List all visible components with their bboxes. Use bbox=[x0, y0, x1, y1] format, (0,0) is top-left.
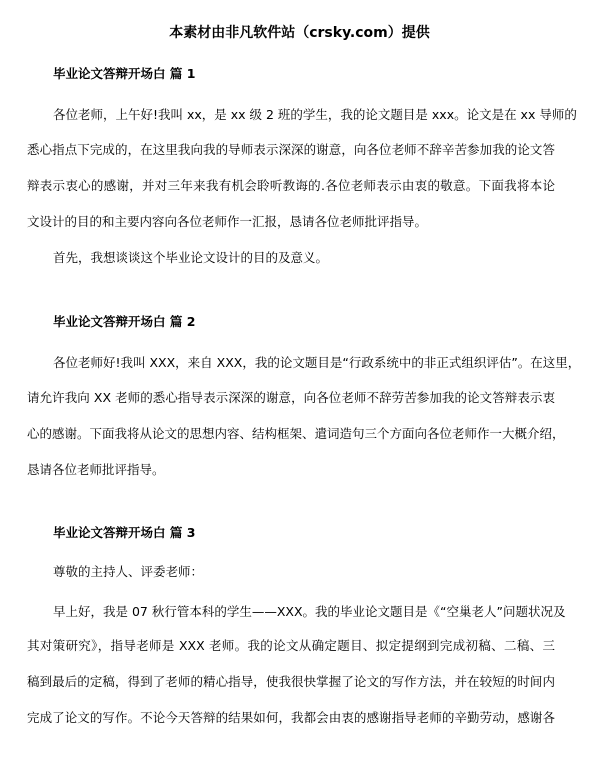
paragraph-line: 其对策研究》，指导老师是 XXX 老师。我的论文从确定题目、拟定提纲到完成初稿、… bbox=[27, 638, 555, 654]
paragraph-line: 首先，我想谈谈这个毕业论文设计的目的及意义。 bbox=[53, 250, 328, 266]
paragraph-line: 完成了论文的写作。不论今天答辩的结果如何，我都会由衷的感谢指导老师的辛勤劳动，感… bbox=[27, 710, 555, 726]
paragraph-line: 恳请各位老师批评指导。 bbox=[27, 462, 165, 478]
paragraph-line: 文设计的目的和主要内容向各位老师作一汇报，恳请各位老师批评指导。 bbox=[27, 214, 427, 230]
section-heading-3: 毕业论文答辩开场白 篇 3 bbox=[53, 525, 195, 541]
paragraph-line: 心的感谢。下面我将从论文的思想内容、结构框架、遣词造句三个方面向各位老师作一大概… bbox=[27, 426, 555, 442]
paragraph-line: 尊敬的主持人、评委老师： bbox=[53, 564, 203, 580]
paragraph-line: 悉心指点下完成的，在这里我向我的导师表示深深的谢意，向各位老师不辞辛苦参加我的论… bbox=[27, 142, 555, 158]
document-title: 本素材由非凡软件站（crsky.com）提供 bbox=[0, 25, 599, 41]
paragraph-line: 早上好，我是 07 秋行管本科的学生——XXX。我的毕业论文题目是《“空巢老人”… bbox=[53, 604, 555, 620]
paragraph-line: 稿到最后的定稿，得到了老师的精心指导，使我很快掌握了论文的写作方法，并在较短的时… bbox=[27, 674, 555, 690]
paragraph-line: 请允许我向 XX 老师的悉心指导表示深深的谢意，向各位老师不辞劳苦参加我的论文答… bbox=[27, 390, 555, 406]
paragraph-line: 辩表示衷心的感谢，并对三年来我有机会聆听教诲的.各位老师表示由衷的敬意。下面我将… bbox=[27, 178, 555, 194]
section-heading-1: 毕业论文答辩开场白 篇 1 bbox=[53, 66, 195, 82]
paragraph-line: 各位老师，上午好!我叫 xx，是 xx 级 2 班的学生，我的论文题目是 xxx… bbox=[53, 107, 555, 123]
section-heading-2: 毕业论文答辩开场白 篇 2 bbox=[53, 314, 195, 330]
paragraph-line: 各位老师好!我叫 XXX，来自 XXX，我的论文题目是“行政系统中的非正式组织评… bbox=[53, 355, 555, 371]
